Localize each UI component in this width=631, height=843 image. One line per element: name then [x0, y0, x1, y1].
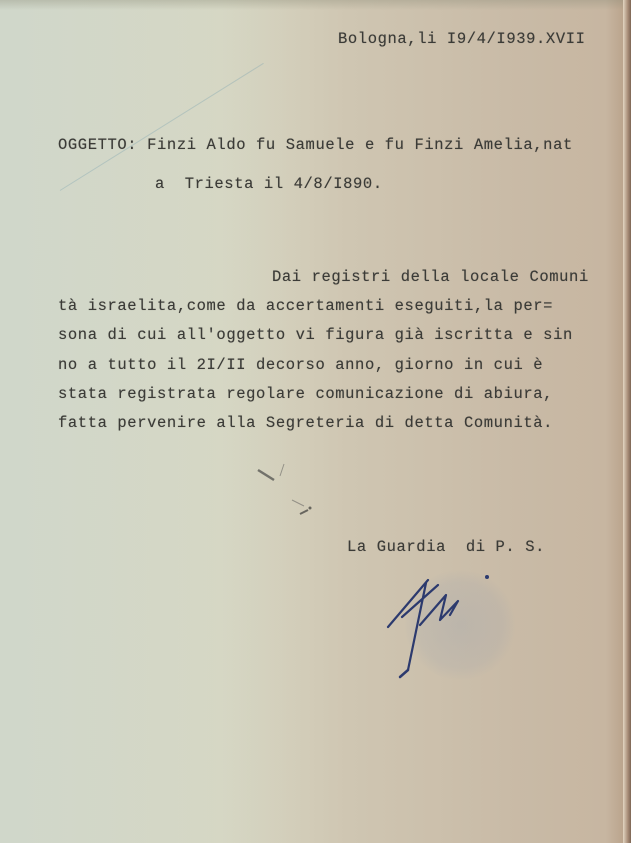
body-line: sona di cui all'oggetto vi figura già is… — [58, 326, 573, 344]
body-line: Dai registri della locale Comuni — [272, 268, 589, 286]
top-shadow — [0, 0, 631, 10]
stray-ink-marks — [252, 462, 332, 522]
body-line: no a tutto il 2I/II decorso anno, giorno… — [58, 356, 543, 374]
subject-line-1: OGGETTO: Finzi Aldo fu Samuele e fu Finz… — [58, 136, 573, 154]
paper-edge — [623, 0, 631, 843]
subject-line-2: a Triesta il 4/8/I890. — [155, 175, 383, 193]
body-line: stata registrata regolare comunicazione … — [58, 385, 553, 403]
body-line: tà israelita,come da accertamenti esegui… — [58, 297, 553, 315]
body-line: fatta pervenire alla Segreteria di detta… — [58, 414, 553, 432]
signature-icon — [380, 565, 490, 680]
place-date: Bologna,li I9/4/I939.XVII — [338, 30, 586, 48]
closing-signature-title: La Guardia di P. S. — [347, 538, 545, 556]
